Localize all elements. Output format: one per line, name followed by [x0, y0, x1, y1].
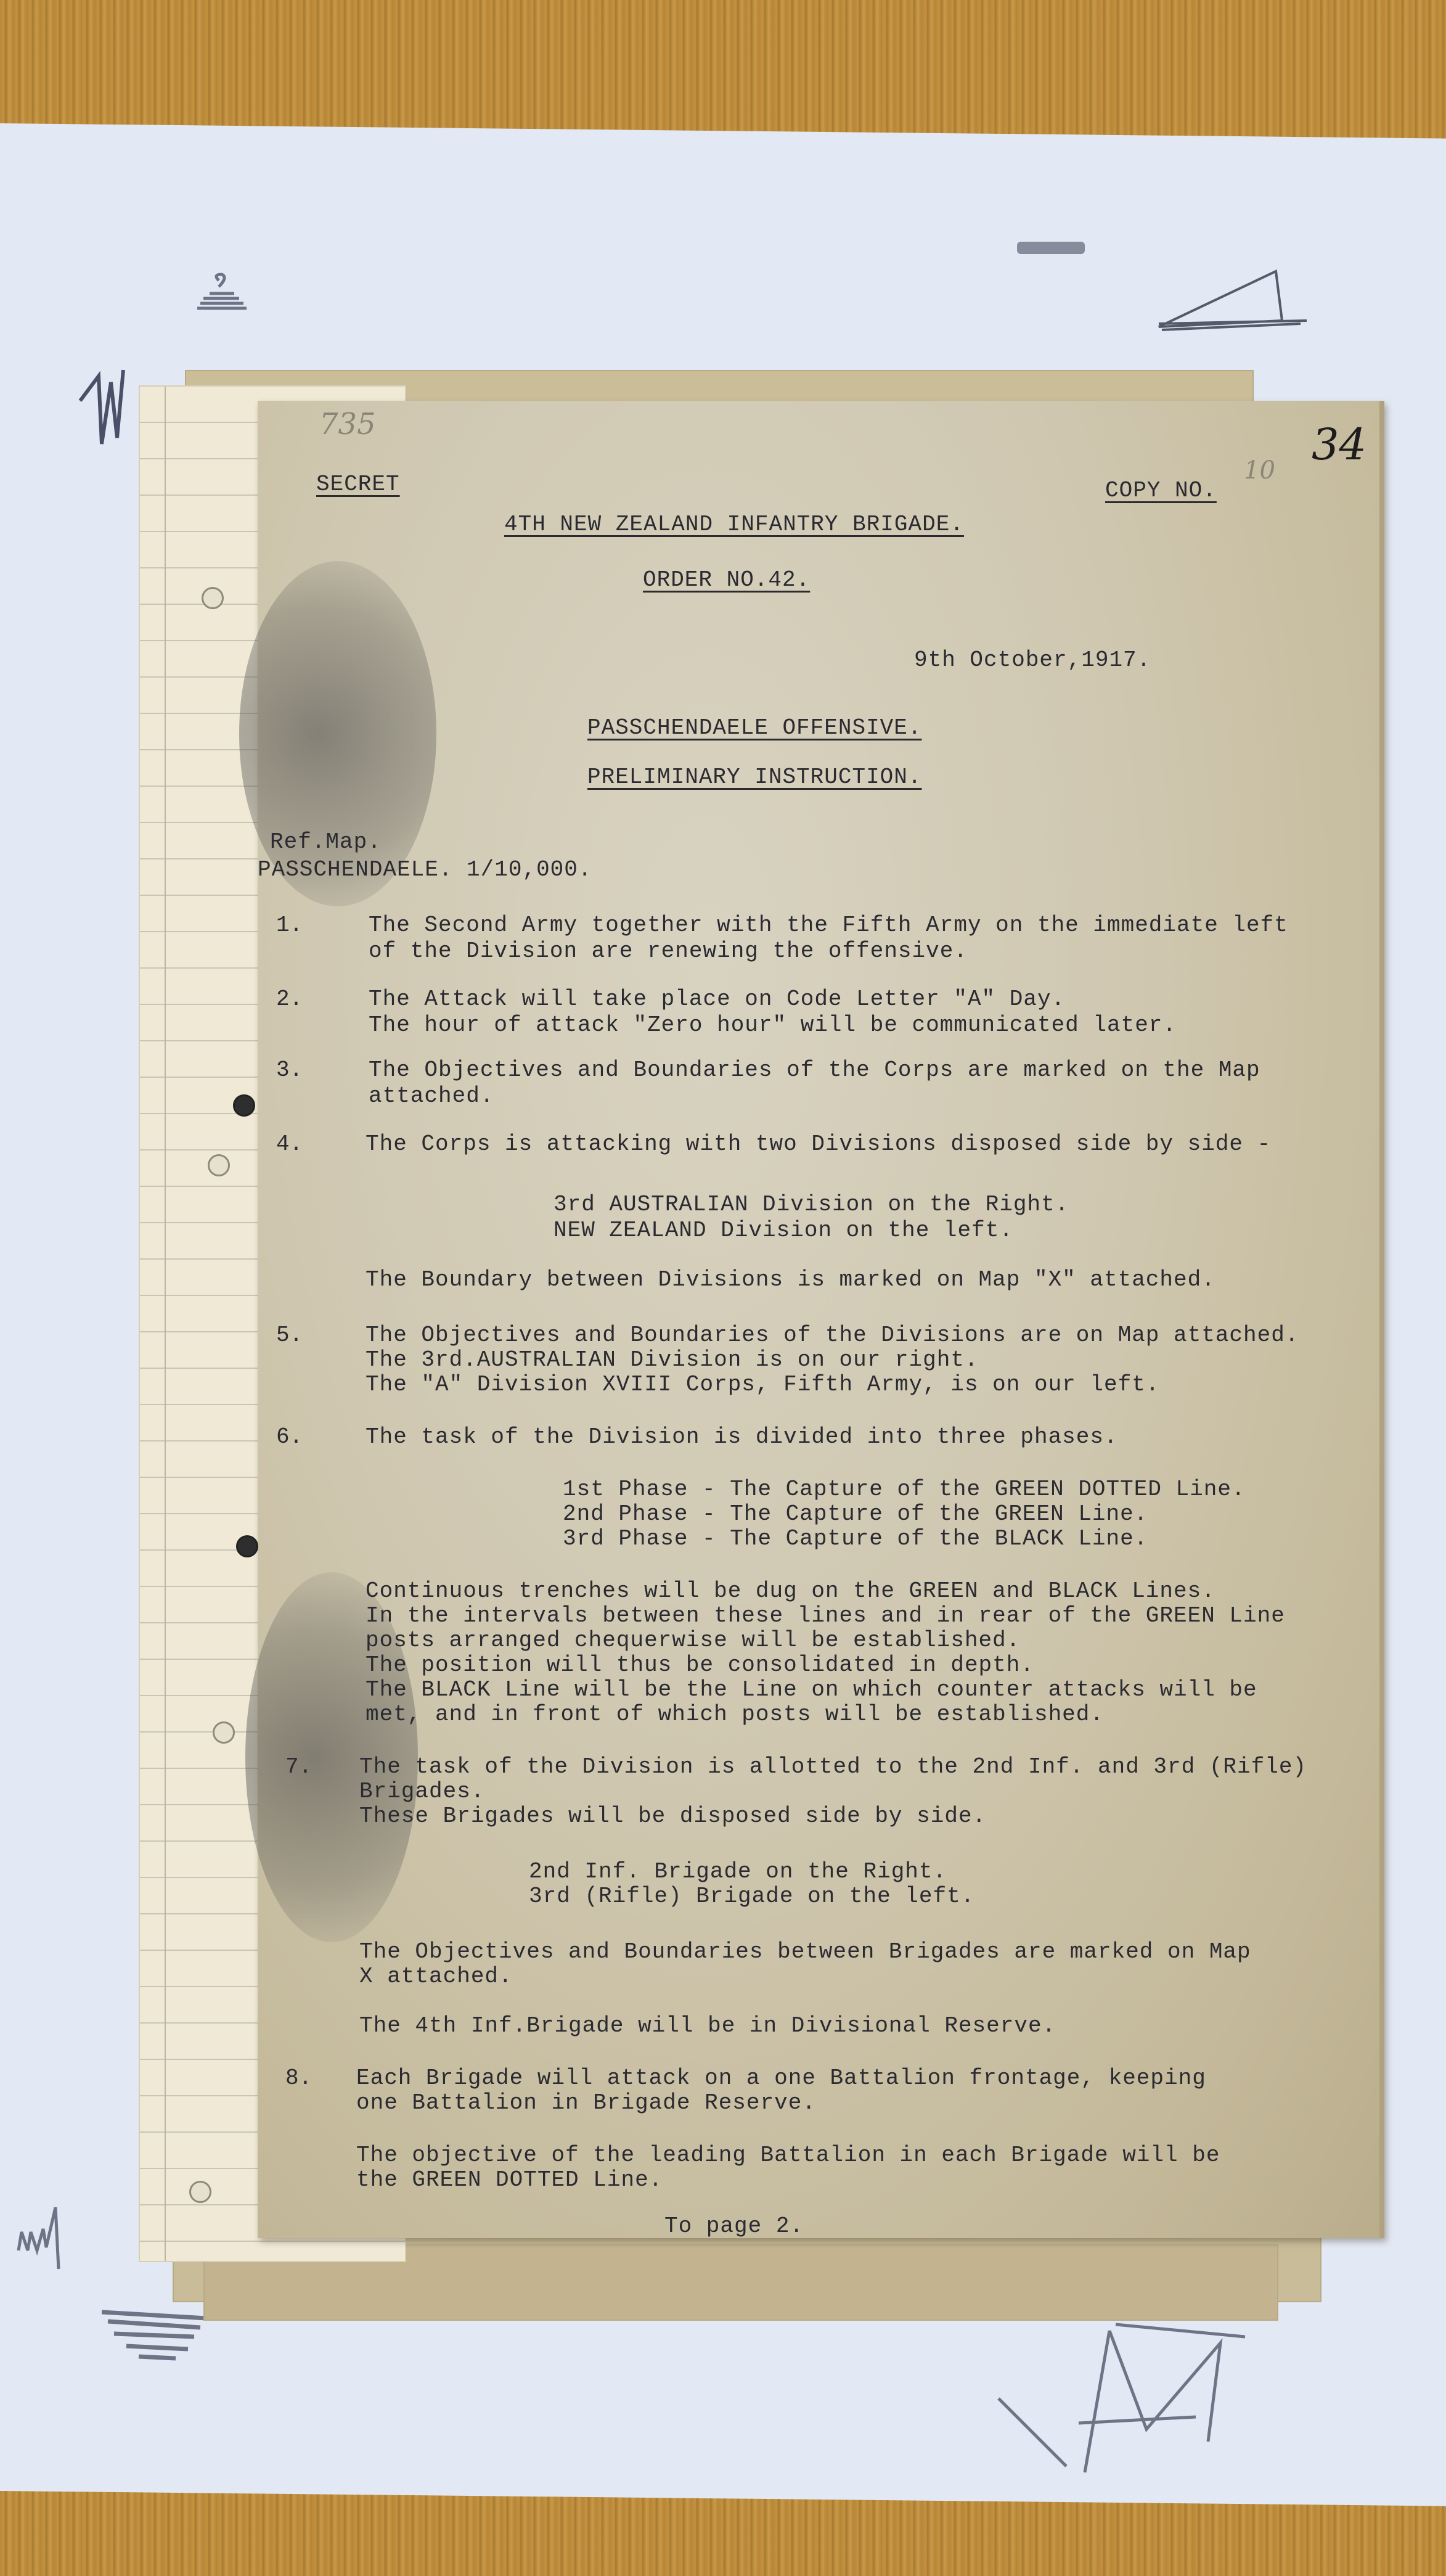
punch-hole: [189, 2181, 211, 2203]
paragraph-line: met, and in front of which posts will be…: [366, 1702, 1104, 1727]
indented-line: 3rd (Rifle) Brigade on the left.: [529, 1884, 974, 1909]
paragraph-line: The Objectives and Boundaries of the Div…: [366, 1323, 1299, 1348]
pencil-scribble-left: [74, 364, 129, 456]
pencil-mark-top: [1017, 242, 1085, 254]
paragraph-line: The task of the Division is allotted to …: [359, 1754, 1307, 1779]
paragraph-number: 4.: [276, 1131, 303, 1157]
indented-line: 2nd Phase - The Capture of the GREEN Lin…: [563, 1501, 1148, 1527]
paragraph-line: one Battalion in Brigade Reserve.: [356, 2090, 816, 2115]
unit-heading: 4TH NEW ZEALAND INFANTRY BRIGADE.: [504, 512, 964, 537]
indented-line: 2nd Inf. Brigade on the Right.: [529, 1859, 947, 1884]
indented-line: 1st Phase - The Capture of the GREEN DOT…: [563, 1477, 1246, 1502]
pencil-triangle-bottom-right: [986, 2318, 1257, 2479]
paragraph-line: attached.: [369, 1083, 494, 1109]
paragraph-line: The Objectives and Boundaries of the Cor…: [369, 1057, 1260, 1083]
title-line-1: PASSCHENDAELE OFFENSIVE.: [587, 715, 921, 740]
paragraph-line: of the Division are renewing the offensi…: [369, 938, 968, 964]
copy-number-handwritten: 10: [1244, 456, 1275, 485]
paragraph-line: The objective of the leading Battalion i…: [356, 2143, 1220, 2168]
ref-map-label: Ref.Map.: [270, 829, 382, 855]
paragraph-number: 5.: [276, 1323, 303, 1348]
punch-hole: [202, 587, 224, 609]
punch-hole: [213, 1721, 235, 1744]
indented-line: NEW ZEALAND Division on the left.: [553, 1218, 1013, 1243]
paragraph-line: In the intervals between these lines and…: [366, 1603, 1285, 1628]
paragraph-number: 7.: [285, 1754, 312, 1779]
paragraph-line: The 4th Inf.Brigade will be in Divisiona…: [359, 2013, 1056, 2038]
paragraph-line: posts arranged chequerwise will be estab…: [366, 1628, 1020, 1653]
punch-hole: [233, 1094, 255, 1117]
title-line-2: PRELIMINARY INSTRUCTION.: [587, 765, 921, 790]
paragraph-line: Continuous trenches will be dug on the G…: [366, 1578, 1215, 1604]
paragraph-number: 2.: [276, 987, 303, 1012]
pencil-scribble-top-left: [185, 271, 259, 314]
indented-line: 3rd AUSTRALIAN Division on the Right.: [553, 1192, 1069, 1217]
paragraph-line: The Attack will take place on Code Lette…: [369, 987, 1065, 1012]
ledger-margin-line: [165, 387, 166, 2261]
paragraph-line: The position will thus be consolidated i…: [366, 1652, 1034, 1678]
paragraph-line: The Objectives and Boundaries between Br…: [359, 1939, 1251, 1964]
punch-hole: [208, 1154, 230, 1176]
paragraph-line: Each Brigade will attack on a one Battal…: [356, 2065, 1206, 2091]
paragraph-line: The Second Army together with the Fifth …: [369, 913, 1288, 938]
paragraph-line: the GREEN DOTTED Line.: [356, 2167, 663, 2192]
pencil-scribble-bottom-left: [102, 2306, 213, 2361]
classification-label: SECRET: [316, 472, 400, 497]
indented-line: 3rd Phase - The Capture of the BLACK Lin…: [563, 1526, 1148, 1551]
pencil-initials-bottom-left: [12, 2195, 80, 2275]
paragraph-number: 1.: [276, 913, 303, 938]
typed-order-page: 34 735 10 SECRET COPY NO. 4TH NEW ZEALAN…: [258, 401, 1384, 2238]
paragraph-line: X attached.: [359, 1964, 513, 1989]
pencil-reference: 735: [319, 407, 376, 441]
paragraph-line: The Corps is attacking with two Division…: [366, 1131, 1271, 1157]
paragraph-number: 3.: [276, 1057, 303, 1083]
paragraph-line: The "A" Division XVIII Corps, Fifth Army…: [366, 1372, 1159, 1397]
paragraph-number: 8.: [285, 2065, 312, 2091]
paragraph-line: The task of the Division is divided into…: [366, 1424, 1118, 1450]
water-stain-top: [239, 561, 436, 906]
paragraph-line: The 3rd.AUSTRALIAN Division is on our ri…: [366, 1347, 979, 1372]
copy-number-label: COPY NO.: [1105, 478, 1217, 503]
punch-hole: [236, 1535, 258, 1557]
paragraph-line: These Brigades will be disposed side by …: [359, 1803, 986, 1829]
paragraph-number: 6.: [276, 1424, 303, 1450]
paragraph-line: The BLACK Line will be the Line on which…: [366, 1677, 1257, 1702]
order-number: ORDER NO.42.: [643, 567, 810, 593]
pencil-triangle-top-right: [1153, 265, 1313, 333]
paragraph-line: Brigades.: [359, 1779, 484, 1804]
continuation-note: To page 2.: [664, 2213, 804, 2239]
folio-number: 34: [1312, 419, 1366, 470]
paragraph-line: The Boundary between Divisions is marked…: [366, 1267, 1215, 1292]
paragraph-line: The hour of attack "Zero hour" will be c…: [369, 1012, 1177, 1038]
ref-map-value: PASSCHENDAELE. 1/10,000.: [258, 857, 592, 882]
order-date: 9th October,1917.: [914, 647, 1151, 673]
